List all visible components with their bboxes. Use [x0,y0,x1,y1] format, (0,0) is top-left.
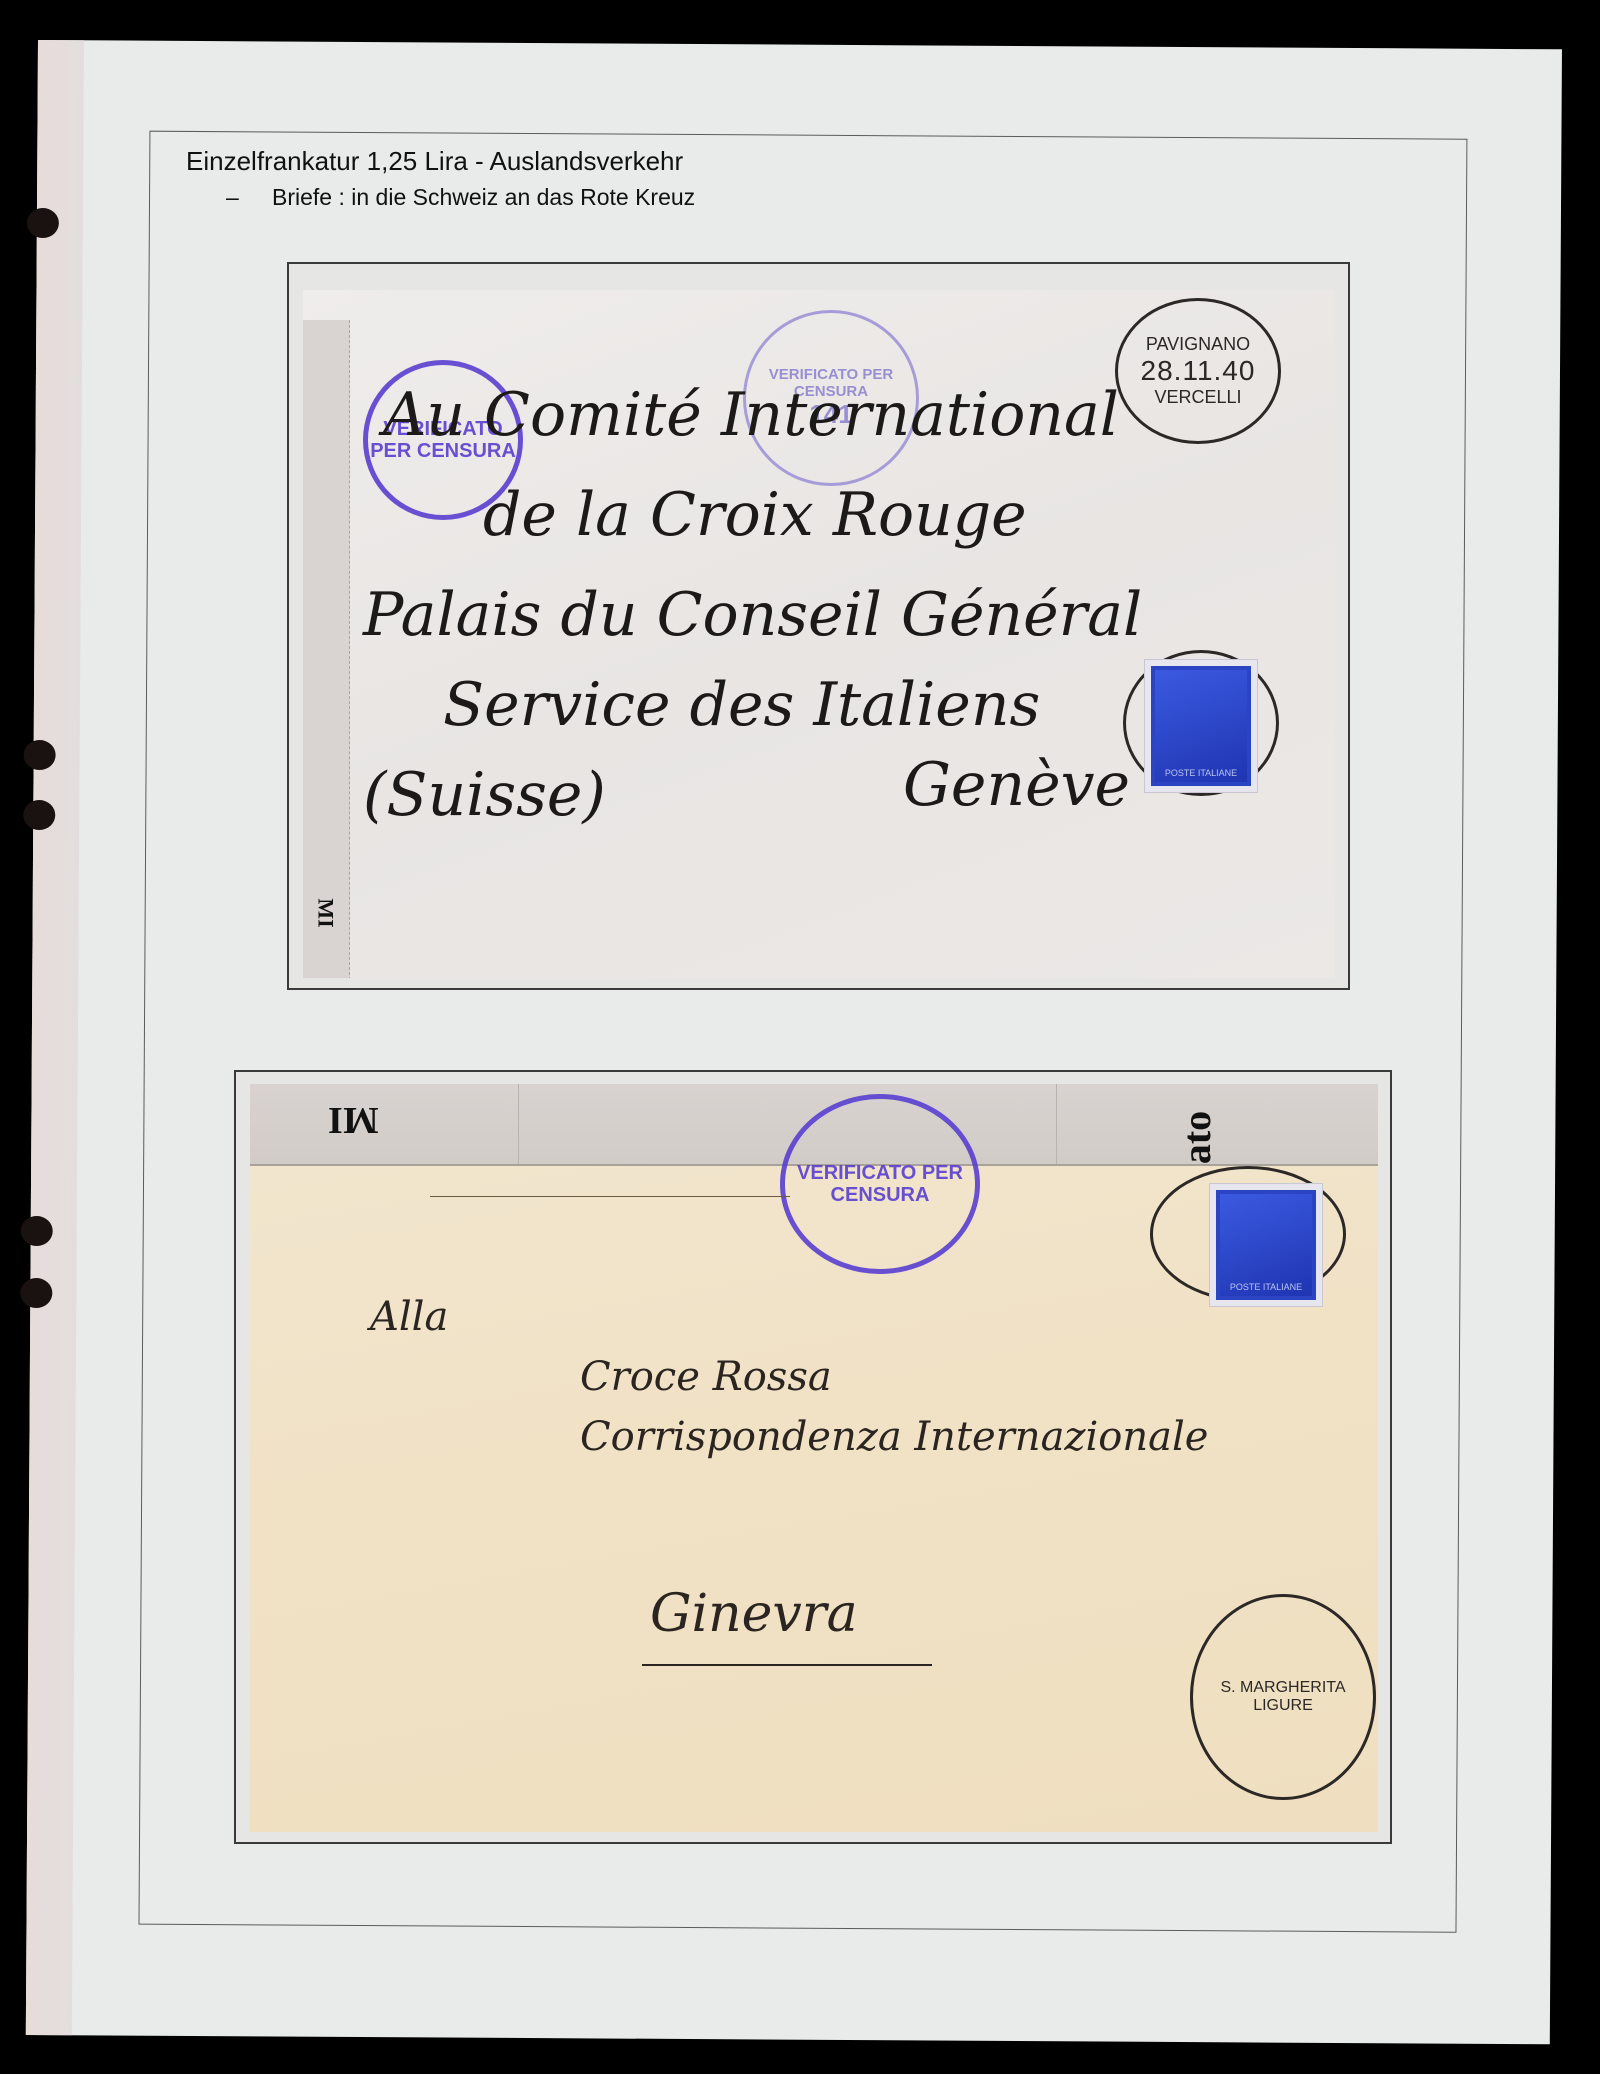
postage-stamp-text: POSTE ITALIANE [1155,670,1247,782]
address-line: de la Croix Rouge [483,480,1027,550]
subtitle-text: Briefe : in die Schweiz an das Rote Kreu… [272,184,695,210]
address-line: Croce Rossa [580,1354,832,1400]
postmark-place: PAVIGNANO [1146,334,1250,355]
address-line: Ginevra [650,1584,858,1644]
punch-hole-icon [27,208,59,238]
postmark-region: VERCELLI [1154,387,1241,408]
censor-handstamp-icon: VERIFICATO PER CENSURA [780,1094,980,1274]
censor-tape-mark: MI [328,1098,379,1142]
address-line: Alla [370,1294,448,1340]
envelope-2: MI ato VERIFICATO PER CENSURA POSTE ITAL… [250,1084,1378,1832]
address-line: Genève [903,750,1130,820]
punch-hole-icon [24,740,56,770]
postmark-date: 28.11.40 [1141,355,1256,387]
page-subtitle: –Briefe : in die Schweiz an das Rote Kre… [226,184,695,211]
page-title: Einzelfrankatur 1,25 Lira - Auslandsverk… [186,146,683,177]
address-line: Service des Italiens [443,670,1040,740]
postage-stamp-text: POSTE ITALIANE [1220,1194,1312,1296]
address-line: Palais du Conseil Général [363,580,1142,650]
postage-stamp: POSTE ITALIANE [1145,660,1257,792]
punch-hole-icon [20,1278,52,1308]
punch-hole-icon [23,800,55,830]
cover-mount-1: MI VERIFICATO PER CENSURA VERIFICATO PER… [287,262,1350,990]
censor-handstamp-text: VERIFICATO PER CENSURA [785,1162,975,1206]
censor-tape [303,320,350,978]
censor-tape-mark-2: ato [1173,1111,1220,1164]
cover-mount-2: MI ato VERIFICATO PER CENSURA POSTE ITAL… [234,1070,1392,1844]
postmark-place: S. MARGHERITA LIGURE [1193,1679,1373,1715]
subtitle-dash: – [226,184,272,211]
binding-strip [26,40,84,2035]
postmark-icon: PAVIGNANO 28.11.40 VERCELLI [1115,298,1281,444]
envelope-1: MI VERIFICATO PER CENSURA VERIFICATO PER… [303,290,1335,978]
postage-stamp: POSTE ITALIANE [1210,1184,1322,1306]
address-line: Corrispondenza Internazionale [580,1414,1208,1460]
divider [430,1196,790,1197]
address-line: (Suisse) [363,760,606,830]
censor-tape-mark: MI [313,898,339,927]
postmark-icon: S. MARGHERITA LIGURE [1190,1594,1376,1800]
punch-hole-icon [21,1216,53,1246]
address-line: Au Comité International [383,380,1119,450]
address-underline [642,1664,932,1666]
